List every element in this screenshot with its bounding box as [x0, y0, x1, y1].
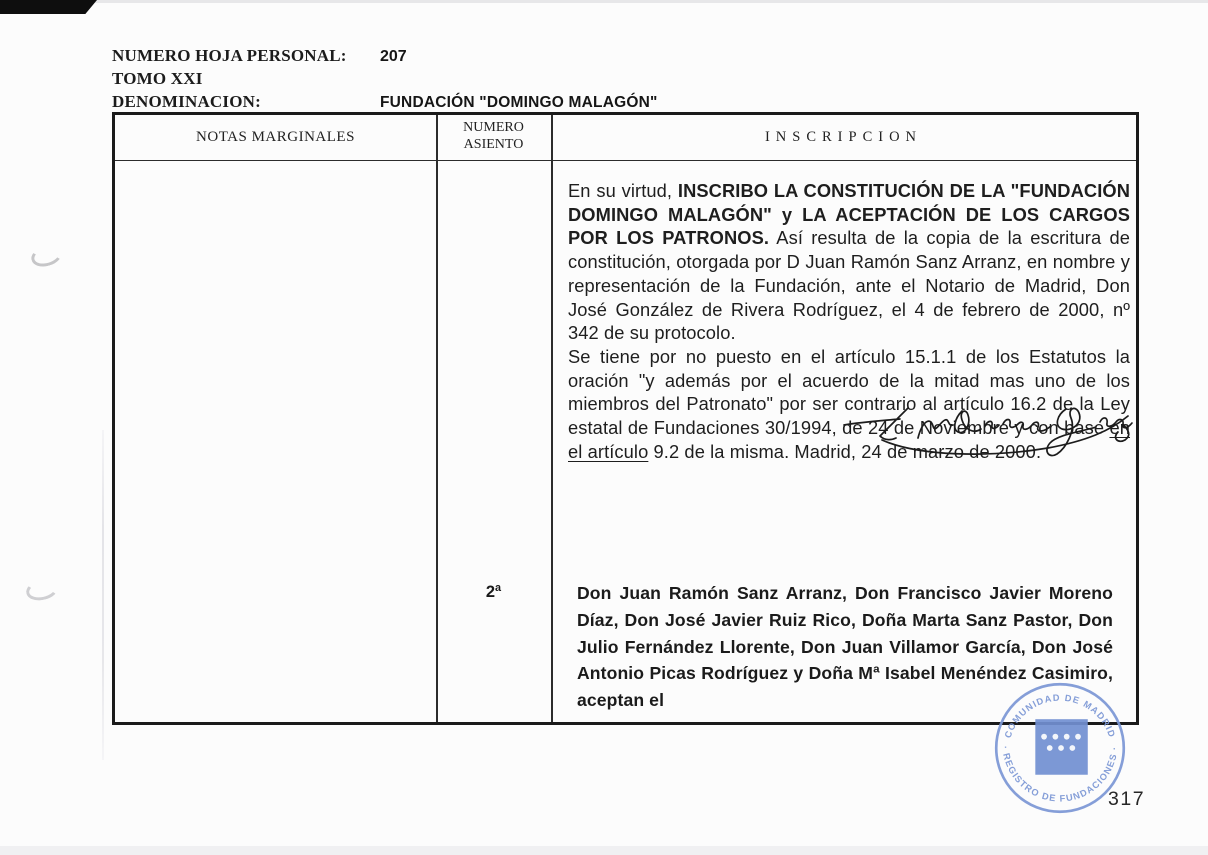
signature-stroke [844, 408, 908, 440]
column-header-numero-asiento: NUMERO ASIENTO [436, 115, 551, 160]
column-divider [436, 115, 438, 722]
tomo-row: TOMO XXI [112, 68, 658, 91]
denominacion-label: DENOMINACION: [112, 91, 380, 113]
asiento-number-2: 2ª [436, 583, 551, 602]
signature-stroke [918, 411, 1051, 438]
scanned-registry-page: NUMERO HOJA PERSONAL:207 TOMO XXI DENOMI… [0, 0, 1208, 855]
numero-hoja-label: NUMERO HOJA PERSONAL: [112, 45, 380, 67]
binder-hole-mark [24, 577, 59, 603]
registry-stamp: COMUNIDAD DE MADRID · REGISTRO DE FUNDAC… [988, 676, 1132, 820]
numero-asiento-line2: ASIENTO [464, 136, 524, 153]
numero-hoja-row: NUMERO HOJA PERSONAL:207 [112, 45, 658, 68]
handwritten-signature [838, 396, 1138, 476]
column-header-notas-marginales: NOTAS MARGINALES [115, 115, 436, 160]
entry1-intro-text: En su virtud, [568, 180, 678, 201]
binder-hole-mark [29, 242, 64, 270]
scan-corner-artifact [0, 0, 97, 14]
denominacion-row: DENOMINACION:FUNDACIÓN "DOMINGO MALAGÓN" [112, 91, 658, 114]
entry1-paragraph-1: En su virtud, INSCRIBO LA CONSTITUCIÓN D… [568, 179, 1130, 345]
numero-hoja-value: 207 [380, 48, 407, 65]
denominacion-value: FUNDACIÓN "DOMINGO MALAGÓN" [380, 94, 658, 111]
scan-bottom-edge [0, 846, 1208, 855]
signature-stroke [1047, 408, 1132, 455]
column-header-inscripcion: INSCRIPCION [551, 115, 1136, 160]
tomo-label: TOMO XXI [112, 68, 380, 90]
numero-asiento-line1: NUMERO [463, 119, 524, 136]
scan-top-edge [0, 0, 1208, 3]
column-divider [551, 115, 553, 722]
document-header: NUMERO HOJA PERSONAL:207 TOMO XXI DENOMI… [112, 45, 658, 114]
page-fold-line [102, 430, 104, 760]
table-header-row: NOTAS MARGINALES NUMERO ASIENTO INSCRIPC… [115, 115, 1136, 161]
